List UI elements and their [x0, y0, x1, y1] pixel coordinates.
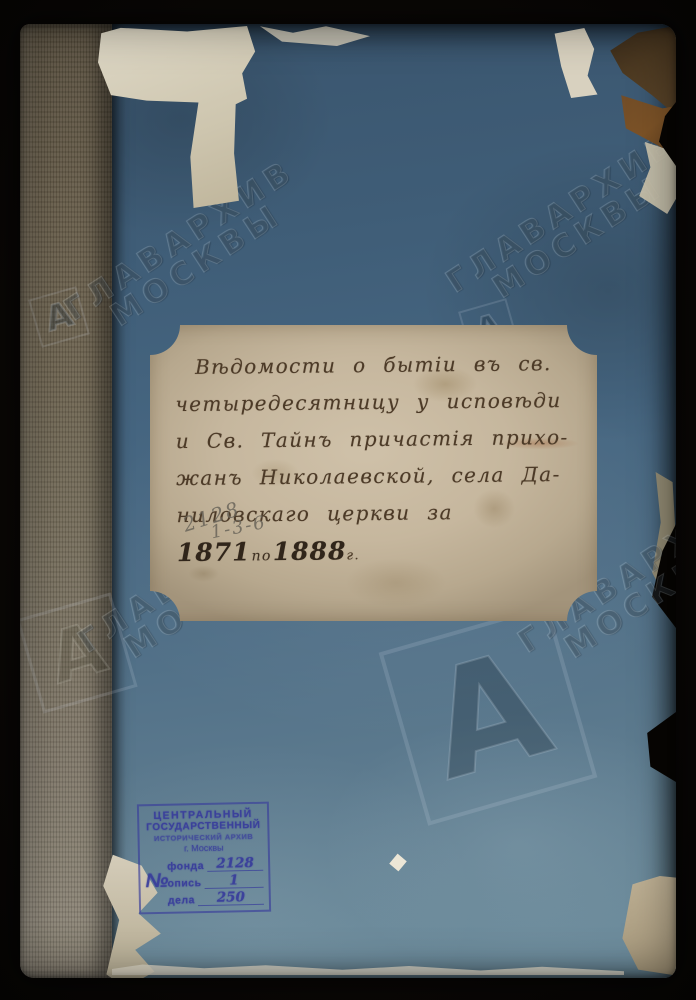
- handwritten-title: Вѣдомости о бытіи въ св. четыредесятницу…: [175, 345, 578, 576]
- book-spine: [20, 24, 112, 978]
- stamp-field-delo: дела 250: [168, 888, 264, 907]
- title-label: Вѣдомости о бытіи въ св. четыредесятницу…: [150, 325, 597, 621]
- spine-hinge: [112, 24, 126, 978]
- field-label: опись: [167, 877, 204, 890]
- numero-symbol: №: [145, 870, 167, 893]
- title-line: жанъ Николаевской, села Да-: [176, 456, 577, 497]
- stamp-field-fond: фонда 2128: [167, 854, 263, 873]
- title-line: Вѣдомости о бытіи въ св.: [175, 345, 576, 386]
- book-cover-photo: ГЛАВАРХИВ МОСКВЫ ГЛАВАРХИВ МОСКВЫ ГЛАВАР…: [0, 0, 696, 1000]
- year-to: 1888: [273, 536, 347, 566]
- field-value: 2128: [207, 857, 263, 872]
- year-suffix: г.: [346, 548, 360, 563]
- logo-letter: А: [41, 294, 77, 340]
- field-value: 250: [198, 891, 264, 906]
- title-line: четыредесятницу у исповѣди: [175, 382, 576, 423]
- book: ГЛАВАРХИВ МОСКВЫ ГЛАВАРХИВ МОСКВЫ ГЛАВАР…: [20, 24, 676, 978]
- title-line: и Св. Тайнъ причастія прихо-: [176, 419, 577, 460]
- year-separator: по: [252, 548, 272, 564]
- stamp-field-opis: опись 1: [167, 871, 263, 890]
- field-value: 1: [204, 874, 263, 889]
- stamp-fields: № фонда 2128 опись 1 дела 250: [145, 854, 264, 907]
- field-label: дела: [168, 894, 198, 907]
- field-label: фонда: [167, 860, 207, 873]
- stamp-line: г. Москвы: [145, 842, 263, 854]
- archive-stamp: ЦЕНТРАЛЬНЫЙ ГОСУДАРСТВЕННЫЙ ИСТОРИЧЕСКИЙ…: [137, 802, 271, 915]
